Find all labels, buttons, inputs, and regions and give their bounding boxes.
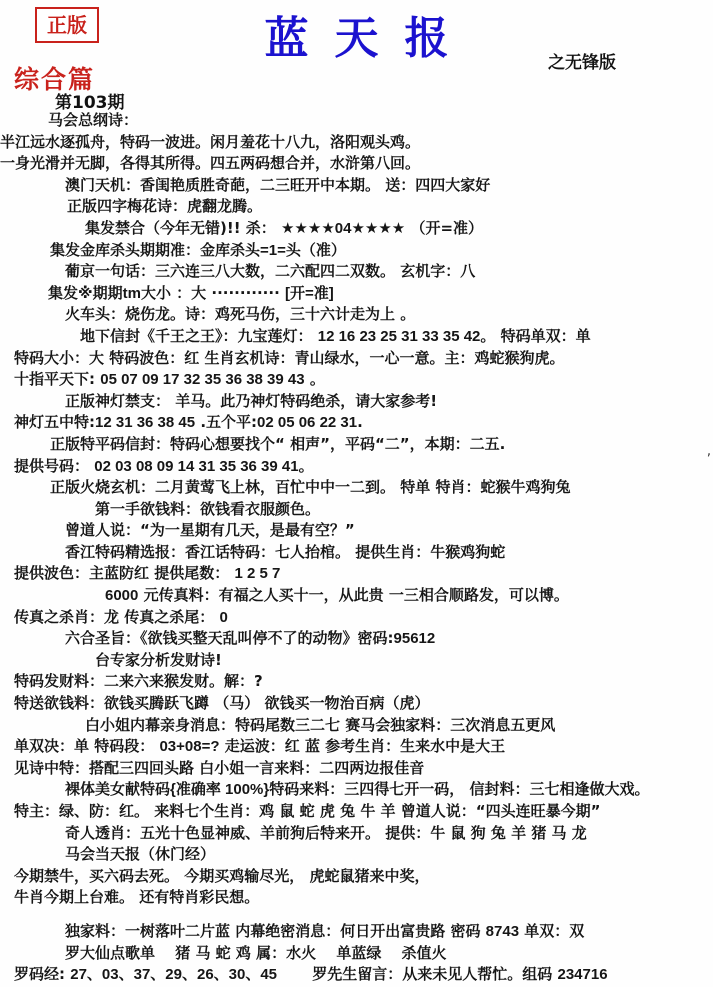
text-line: 特码大小：大 特码波色：红 生肖玄机诗：青山绿水，一心一意。主：鸡蛇猴狗虎。 <box>0 348 713 370</box>
text-line: 台专家分析发财诗! <box>0 650 713 672</box>
text-line: 单双决：单 特码段： 03+08=? 走运波：红 蓝 参考生肖：生来水中是大王 <box>0 736 713 758</box>
newspaper-page: 正版 蓝天报 之无锋版 综合篇 第103期 马会总纲诗：半江远水逐孤舟，特码一波… <box>0 0 713 987</box>
text-line: 半江远水逐孤舟，特码一波进。闲月羞花十八九，洛阳观头鸡。 <box>0 132 713 154</box>
edition-label: 之无锋版 <box>548 48 616 73</box>
text-line: 正版四字梅花诗：虎翻龙腾。 <box>0 196 713 218</box>
right-edge-artifact: , <box>707 444 711 459</box>
text-line: 马会当天报（休门经） <box>0 844 713 866</box>
text-line: 火车头：烧伤龙。诗：鸡死马伤，三十六计走为上 。 <box>0 304 713 326</box>
text-line: 特送欲钱料：欲钱买腾跃飞蹲 （马） 欲钱买一物治百病（虎） <box>0 693 713 715</box>
text-line: 罗大仙点歌单 猪 马 蛇 鸡 属：水火 单蓝绿 杀值火 <box>0 943 713 965</box>
text-line: 马会总纲诗： <box>0 110 713 132</box>
text-line: 十指平天下: 05 07 09 17 32 35 36 38 39 43 。 <box>0 369 713 391</box>
text-line: 见诗中特：搭配三四回头路 白小姐一言来料：二四两边报佳音 <box>0 758 713 780</box>
text-line: 奇人透肖：五光十色显神威、羊前狗后特来开。 提供：牛 鼠 狗 兔 羊 猪 马 龙 <box>0 823 713 845</box>
text-line: 集发禁合（今年无错)!! 杀： ★★★★04★★★★ （开=准） <box>0 218 713 240</box>
text-line: 裸体美女献特码{准确率 100%}特码来料：三四得七开一码， 信封料：三七相逢做… <box>0 779 713 801</box>
page-header: 正版 蓝天报 之无锋版 综合篇 第103期 <box>0 0 713 110</box>
text-line: 正版特平码信封：特码心想要找个“ 相声”，平码“二”，本期：二五. <box>0 434 713 456</box>
text-line: 提供波色：主蓝防红 提供尾数： 1 2 5 7 <box>0 563 713 585</box>
text-line: 一身光滑并无脚，各得其所得。四五两码想合并，水浒第八回。 <box>0 153 713 175</box>
text-line: 正版神灯禁支： 羊马。此乃神灯特码绝杀，请大家参考! <box>0 391 713 413</box>
text-line: 集发金库杀头期期准：金库杀头=1=头（准） <box>0 240 713 262</box>
text-line: 曾道人说：“为一星期有几天，是最有空？” <box>0 520 713 542</box>
text-line: 葡京一句话：三六连三八大数，二六配四二双数。 玄机字：八 <box>0 261 713 283</box>
text-line: 澳门天机：香闺艳质胜奇葩，二三旺开中本期。 送：四四大家好 <box>0 175 713 197</box>
text-line: 六合圣旨：《欲钱买整天乱叫停不了的动物》密码:95612 <box>0 628 713 650</box>
text-line: 牛肖今期上台难。 还有特肖彩民想。 <box>0 887 713 909</box>
text-line: 正版火烧玄机：二月黄莺飞上林，百忙中中一二到。 特单 特肖：蛇猴牛鸡狗兔 <box>0 477 713 499</box>
text-line: 提供号码： 02 03 08 09 14 31 35 36 39 41。 <box>0 456 713 478</box>
text-line: 第一手欲钱料：欲钱看衣服颜色。 <box>0 499 713 521</box>
text-line: 香江特码精选报：香江话特码：七人抬棺。 提供生肖：牛猴鸡狗蛇 <box>0 542 713 564</box>
text-line: 特码发财料：二来六来猴发财。解：? <box>0 671 713 693</box>
text-line: 罗码经: 27、03、37、29、26、30、45 罗先生留言：从来未见人帮忙。… <box>0 964 713 986</box>
text-line: 今期禁牛，买六码去死。 今期买鸡输尽光， 虎蛇鼠猪来中奖， <box>0 866 713 888</box>
text-line: 传真之杀肖：龙 传真之杀尾： 0 <box>0 607 713 629</box>
text-line: 地下信封《千王之王》：九宝莲灯： 12 16 23 25 31 33 35 42… <box>0 326 713 348</box>
text-line: 独家料：一树落叶二片蓝 内幕绝密消息：何日开出富贵路 密码 8743 单双：双 <box>0 921 713 943</box>
text-line: 特主：绿、防：红。 来料七个生肖：鸡 鼠 蛇 虎 兔 牛 羊 曾道人说：“四头连… <box>0 801 713 823</box>
text-line: 集发※期期tm大小 ：大 ············ [开=准] <box>0 283 713 305</box>
text-line: 神灯五中特:12 31 36 38 45 .五个平:02 05 06 22 31… <box>0 412 713 434</box>
text-line: 白小姐内幕亲身消息：特码尾数三二七 赛马会独家料：三次消息五更风 <box>0 715 713 737</box>
content: 马会总纲诗：半江远水逐孤舟，特码一波进。闲月羞花十八九，洛阳观头鸡。一身光滑并无… <box>0 110 713 986</box>
text-line: 6000 元传真料：有福之人买十一，从此贵 一三相合顺路发，可以博。 <box>0 585 713 607</box>
